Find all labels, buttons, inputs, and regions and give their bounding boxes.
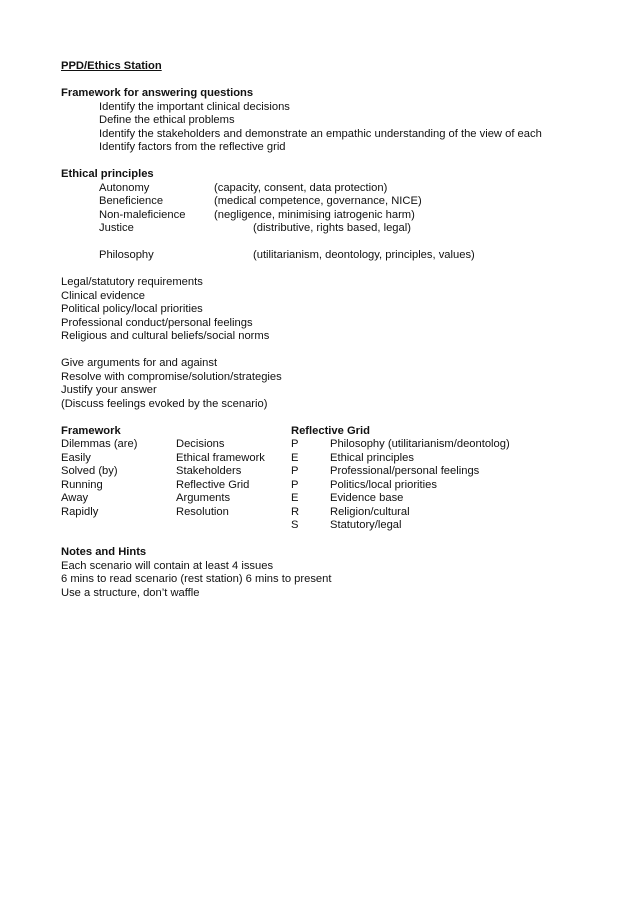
approach-item: Resolve with compromise/solution/strateg… <box>61 371 601 385</box>
philosophy-row: Philosophy (utilitarianism, deontology, … <box>61 249 601 263</box>
note-item: Use a structure, don’t waffle <box>61 587 601 601</box>
mnemonic-word: Easily <box>61 452 91 466</box>
framework-grid-row: S Statutory/legal <box>61 519 601 533</box>
framework-questions-heading: Framework for answering questions <box>61 87 601 101</box>
principle-row: Non-maleficience (negligence, minimising… <box>61 209 601 223</box>
grid-letter: R <box>291 506 299 520</box>
mnemonic-word: Running <box>61 479 103 493</box>
principle-name: Beneficience <box>99 195 163 209</box>
framework-heading: Framework <box>61 425 121 439</box>
ethical-principles-heading: Ethical principles <box>61 168 601 182</box>
reflective-grid-heading: Reflective Grid <box>291 425 370 439</box>
mnemonic-meaning: Arguments <box>176 492 230 506</box>
principle-desc: (negligence, minimising iatrogenic harm) <box>214 209 415 223</box>
framework-grid-row: Away Arguments E Evidence base <box>61 492 601 506</box>
principle-name: Justice <box>99 222 134 236</box>
framework-question-item: Identify the important clinical decision… <box>61 101 601 115</box>
document-page: PPD/Ethics Station Framework for answeri… <box>61 60 601 600</box>
mnemonic-word: Away <box>61 492 88 506</box>
factor-item: Political policy/local priorities <box>61 303 601 317</box>
principle-row: Justice (distributive, rights based, leg… <box>61 222 601 236</box>
framework-question-item: Identify the stakeholders and demonstrat… <box>61 128 601 142</box>
principle-desc: (capacity, consent, data protection) <box>214 182 387 196</box>
mnemonic-meaning: Reflective Grid <box>176 479 249 493</box>
framework-grid-row: Running Reflective Grid P Politics/local… <box>61 479 601 493</box>
grid-text: Politics/local priorities <box>330 479 437 493</box>
grid-letter: P <box>291 438 298 452</box>
factor-item: Professional conduct/personal feelings <box>61 317 601 331</box>
grid-letter: S <box>291 519 298 533</box>
grid-letter: P <box>291 479 298 493</box>
philosophy-desc: (utilitarianism, deontology, principles,… <box>253 249 475 263</box>
note-item: 6 mins to read scenario (rest station) 6… <box>61 573 601 587</box>
grid-letter: E <box>291 452 298 466</box>
grid-text: Statutory/legal <box>330 519 402 533</box>
principle-name: Autonomy <box>99 182 149 196</box>
mnemonic-meaning: Ethical framework <box>176 452 265 466</box>
principle-row: Beneficience (medical competence, govern… <box>61 195 601 209</box>
framework-grid-header: Framework Reflective Grid <box>61 425 601 439</box>
grid-text: Ethical principles <box>330 452 414 466</box>
framework-question-item: Define the ethical problems <box>61 114 601 128</box>
factor-item: Clinical evidence <box>61 290 601 304</box>
principle-row: Autonomy (capacity, consent, data protec… <box>61 182 601 196</box>
approach-item: Give arguments for and against <box>61 357 601 371</box>
mnemonic-meaning: Decisions <box>176 438 225 452</box>
factor-item: Religious and cultural beliefs/social no… <box>61 330 601 344</box>
grid-text: Philosophy (utilitarianism/deontolog) <box>330 438 510 452</box>
grid-text: Professional/personal feelings <box>330 465 479 479</box>
framework-grid-row: Dilemmas (are) Decisions P Philosophy (u… <box>61 438 601 452</box>
notes-heading: Notes and Hints <box>61 546 601 560</box>
grid-letter: E <box>291 492 298 506</box>
framework-grid-row: Easily Ethical framework E Ethical princ… <box>61 452 601 466</box>
principle-name: Non-maleficience <box>99 209 185 223</box>
framework-question-item: Identify factors from the reflective gri… <box>61 141 601 155</box>
grid-text: Evidence base <box>330 492 403 506</box>
principle-desc: (medical competence, governance, NICE) <box>214 195 422 209</box>
framework-grid-row: Solved (by) Stakeholders P Professional/… <box>61 465 601 479</box>
philosophy-name: Philosophy <box>99 249 154 263</box>
mnemonic-meaning: Resolution <box>176 506 229 520</box>
mnemonic-word: Rapidly <box>61 506 98 520</box>
mnemonic-word: Solved (by) <box>61 465 118 479</box>
mnemonic-meaning: Stakeholders <box>176 465 241 479</box>
document-title: PPD/Ethics Station <box>61 60 601 74</box>
mnemonic-word: Dilemmas (are) <box>61 438 137 452</box>
note-item: Each scenario will contain at least 4 is… <box>61 560 601 574</box>
principle-desc: (distributive, rights based, legal) <box>253 222 411 236</box>
framework-grid-row: Rapidly Resolution R Religion/cultural <box>61 506 601 520</box>
factor-item: Legal/statutory requirements <box>61 276 601 290</box>
grid-text: Religion/cultural <box>330 506 410 520</box>
approach-item: (Discuss feelings evoked by the scenario… <box>61 398 601 412</box>
approach-item: Justify your answer <box>61 384 601 398</box>
grid-letter: P <box>291 465 298 479</box>
